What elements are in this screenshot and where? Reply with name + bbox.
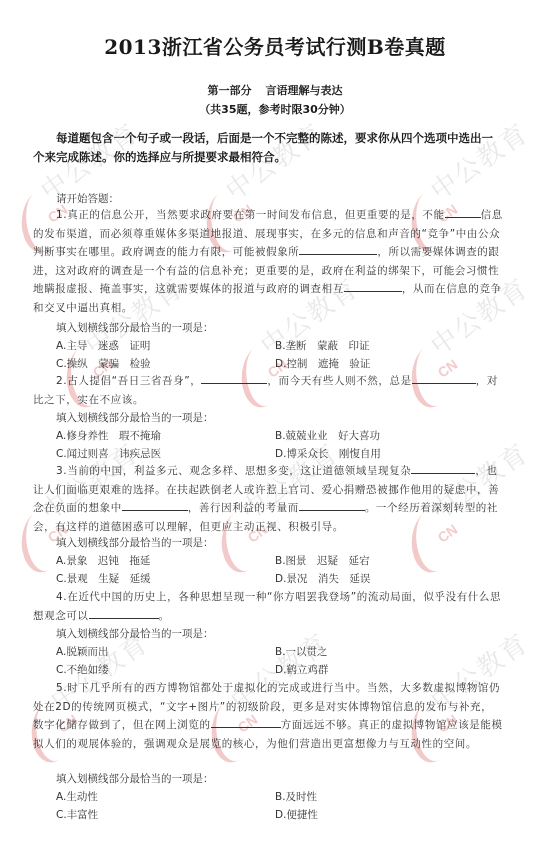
page-title: 2013浙江省公务员考试行测B卷真题 bbox=[0, 31, 550, 60]
section-part: 第一部分 bbox=[208, 84, 252, 97]
q1-option-c[interactable]: C.操纵 蒙骗 检验 bbox=[56, 356, 151, 371]
q3-option-b[interactable]: B.图景 迟疑 延宕 bbox=[275, 553, 370, 568]
q5-option-a[interactable]: A.生动性 bbox=[56, 789, 98, 804]
q4-option-a[interactable]: A.脱颖而出 bbox=[56, 644, 108, 659]
q2-option-d[interactable]: D.博采众长 刚愎自用 bbox=[275, 446, 381, 461]
q3-option-a[interactable]: A.景象 迟钝 拖延 bbox=[56, 553, 150, 568]
answer-blank bbox=[211, 716, 281, 728]
answer-blank bbox=[299, 499, 365, 511]
answer-blank bbox=[445, 206, 481, 218]
prompt-start: 请开始答题： bbox=[56, 191, 119, 206]
question-1-stem: 1.真正的信息公开，当然要求政府要在第一时间发布信息，但更重要的是，不能信息的发… bbox=[33, 206, 503, 318]
q2-option-b[interactable]: B.兢兢业业 好大喜功 bbox=[275, 428, 380, 443]
q4-option-b[interactable]: B.一以贯之 bbox=[275, 644, 328, 659]
answer-blank bbox=[344, 280, 402, 292]
q2-option-a[interactable]: A.修身养性 瑕不掩瑜 bbox=[56, 428, 161, 443]
question-4-stem: 4.在近代中国的历史上，各种思想呈现一种“你方唱罢我登场”的流动局面，似乎没有什… bbox=[33, 588, 503, 625]
q1-option-a[interactable]: A.主导 迷惑 证明 bbox=[56, 338, 150, 353]
fill-instruction: 填入划横线部分最恰当的一项是： bbox=[56, 771, 214, 786]
section-heading: 第一部分言语理解与表达 bbox=[0, 82, 550, 98]
fill-instruction: 填入划横线部分最恰当的一项是： bbox=[56, 410, 214, 425]
q5-option-c[interactable]: C.丰富性 bbox=[56, 807, 98, 822]
q1-option-d[interactable]: D.控制 遮掩 验证 bbox=[275, 356, 370, 371]
section-subheading: （共35题，参考时限30分钟） bbox=[0, 101, 550, 117]
answer-blank bbox=[89, 607, 159, 619]
question-2-stem: 2.古人提倡“吾日三省吾身”，，而今天有些人则不然，总是，对比之下，实在不应该。 bbox=[33, 372, 503, 409]
q3-option-c[interactable]: C.景观 生疑 延缓 bbox=[56, 571, 151, 586]
section-name: 言语理解与表达 bbox=[266, 84, 343, 97]
q2-text: 2.古人提倡“吾日三省吾身”， bbox=[56, 375, 201, 387]
answer-blank bbox=[122, 499, 188, 511]
question-3-stem: 3.当前的中国，利益多元、观念多样、思想多变，这让道德领域呈现复杂，也让人们面临… bbox=[33, 462, 503, 536]
q4-option-d[interactable]: D.鹤立鸡群 bbox=[275, 662, 328, 677]
q3-text: ，善行因利益的考量而 bbox=[188, 502, 299, 514]
q2-text: ，而今天有些人则不然，总是 bbox=[267, 375, 411, 387]
answer-blank bbox=[411, 462, 475, 474]
q2-option-c[interactable]: C.闻过则喜 讳疾忌医 bbox=[56, 446, 161, 461]
fill-instruction: 填入划横线部分最恰当的一项是： bbox=[56, 320, 214, 335]
answer-blank bbox=[412, 372, 476, 384]
question-5-stem: 5.时下几乎所有的西方博物馆都处于虚拟化的完成或进行当中。当然，大多数虚拟博物馆… bbox=[33, 679, 503, 753]
q4-option-c[interactable]: C.不绝如缕 bbox=[56, 662, 109, 677]
instructions-paragraph: 每道题包含一个句子或一段话，后面是一个不完整的陈述，要求你从四个选项中选出一个来… bbox=[33, 129, 503, 167]
q5-option-d[interactable]: D.便捷性 bbox=[275, 807, 318, 822]
answer-blank bbox=[201, 372, 267, 384]
answer-blank bbox=[299, 243, 377, 255]
q3-option-d[interactable]: D.景况 消失 延误 bbox=[275, 571, 370, 586]
q4-text: 。 bbox=[159, 610, 170, 622]
fill-instruction: 填入划横线部分最恰当的一项是： bbox=[56, 535, 214, 550]
q3-text: 3.当前的中国，利益多元、观念多样、思想多变，这让道德领域呈现复杂 bbox=[56, 465, 411, 477]
fill-instruction: 填入划横线部分最恰当的一项是： bbox=[56, 626, 214, 641]
q5-option-b[interactable]: B.及时性 bbox=[275, 789, 317, 804]
q1-option-b[interactable]: B.垄断 蒙蔽 印证 bbox=[275, 338, 370, 353]
q1-text: 1.真正的信息公开，当然要求政府要在第一时间发布信息，但更重要的是，不能 bbox=[56, 209, 445, 221]
